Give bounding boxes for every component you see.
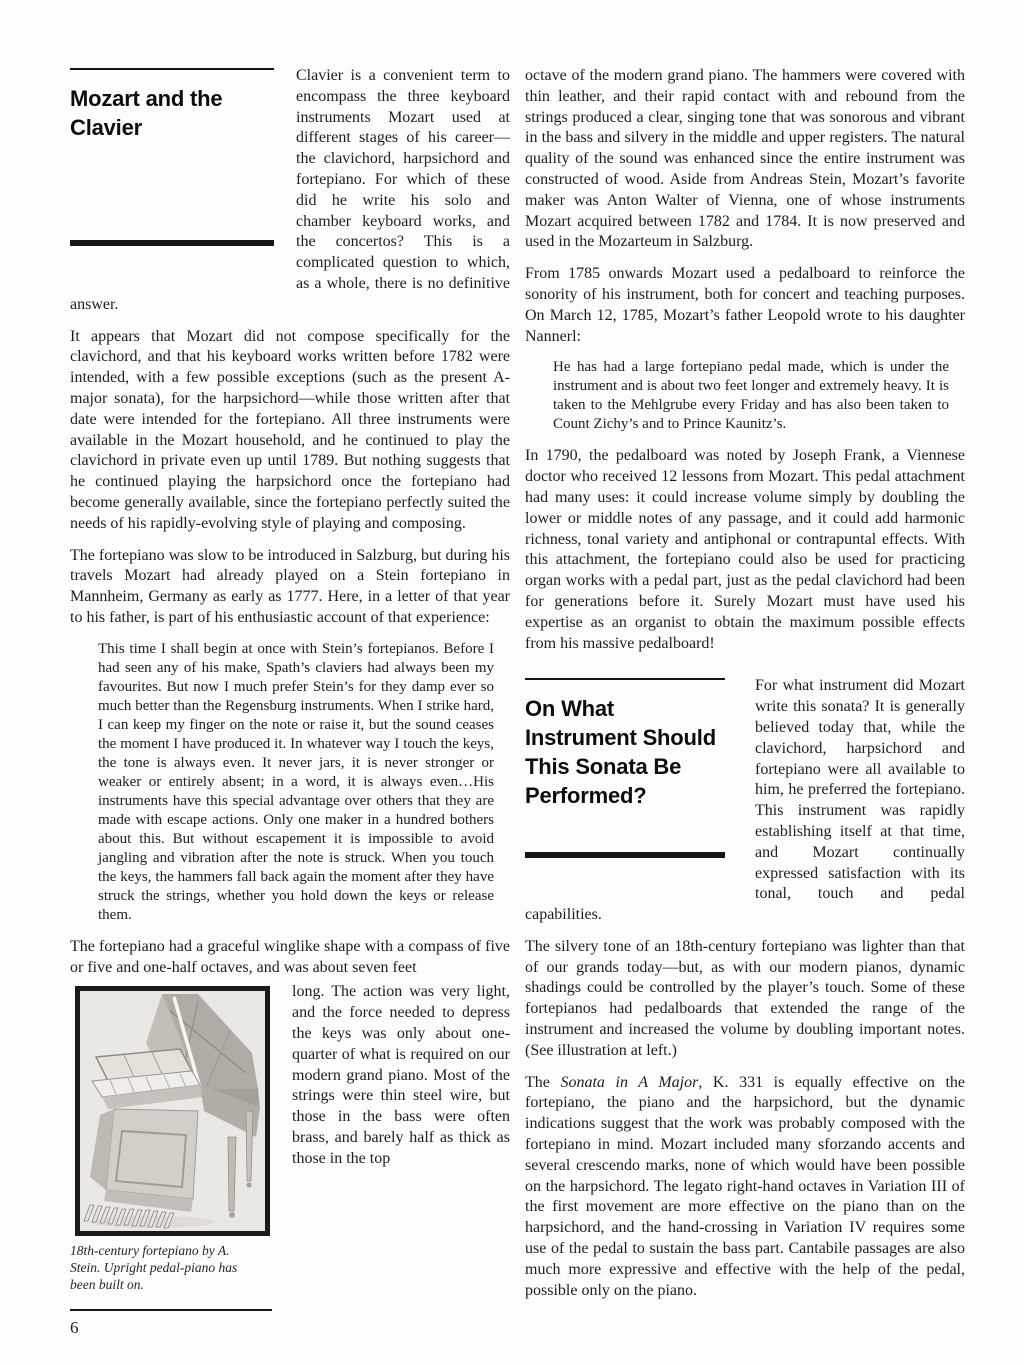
figure-block: long. The action was very light, and the… — [70, 982, 510, 1293]
paragraph-octave-hammers: octave of the modern grand piano. The ha… — [525, 66, 965, 253]
fortepiano-figure — [75, 986, 270, 1236]
blockquote-stein-letter: This time I shall begin at once with Ste… — [98, 640, 494, 925]
footer-rule — [70, 1309, 272, 1311]
paragraph-salzburg: The fortepiano was slow to be introduced… — [70, 546, 510, 629]
paragraph-composition: It appears that Mozart did not compose s… — [70, 327, 510, 535]
two-column-layout: Mozart and the Clavier Clavier is a conv… — [70, 66, 965, 1338]
paragraph-joseph-frank: In 1790, the pedalboard was noted by Jos… — [525, 446, 965, 654]
section-heading-box-mozart: Mozart and the Clavier — [70, 68, 274, 246]
heading-rule-thin — [525, 678, 725, 680]
section-heading-box-sonata: On What Instrument Should This Sonata Be… — [525, 678, 725, 858]
left-column: Mozart and the Clavier Clavier is a conv… — [70, 66, 510, 1338]
heading-rule-thin — [70, 68, 274, 70]
blockquote-leopold-letter: He has had a large fortepiano pedal made… — [553, 358, 949, 434]
section-title-on-what-instrument: On What Instrument Should This Sonata Be… — [525, 694, 725, 810]
sonata-lead-text: The — [525, 1074, 560, 1091]
fortepiano-illustration — [80, 991, 265, 1231]
paragraph-pedalboard-1785: From 1785 onwards Mozart used a pedalboa… — [525, 264, 965, 347]
right-column: octave of the modern grand piano. The ha… — [525, 66, 965, 1338]
page-footer: 6 — [70, 1309, 510, 1338]
sonata-rest-text: , K. 331 is equally effective on the for… — [525, 1074, 965, 1299]
paragraph-fortepiano-shape: The fortepiano had a graceful winglike s… — [70, 937, 510, 979]
paragraph-sonata-k331: The Sonata in A Major, K. 331 is equally… — [525, 1073, 965, 1302]
page-number: 6 — [70, 1318, 510, 1338]
heading-rule-thick — [70, 240, 274, 246]
section-sonata-performed: On What Instrument Should This Sonata Be… — [525, 676, 965, 937]
section-title-mozart-and-the-clavier: Mozart and the Clavier — [70, 84, 274, 142]
paragraph-silvery-tone: The silvery tone of an 18th-century fort… — [525, 937, 965, 1062]
work-title-sonata-in-a-major: Sonata in A Major — [560, 1074, 698, 1091]
heading-rule-thick — [525, 852, 725, 858]
book-page: Mozart and the Clavier Clavier is a conv… — [0, 0, 1024, 1365]
